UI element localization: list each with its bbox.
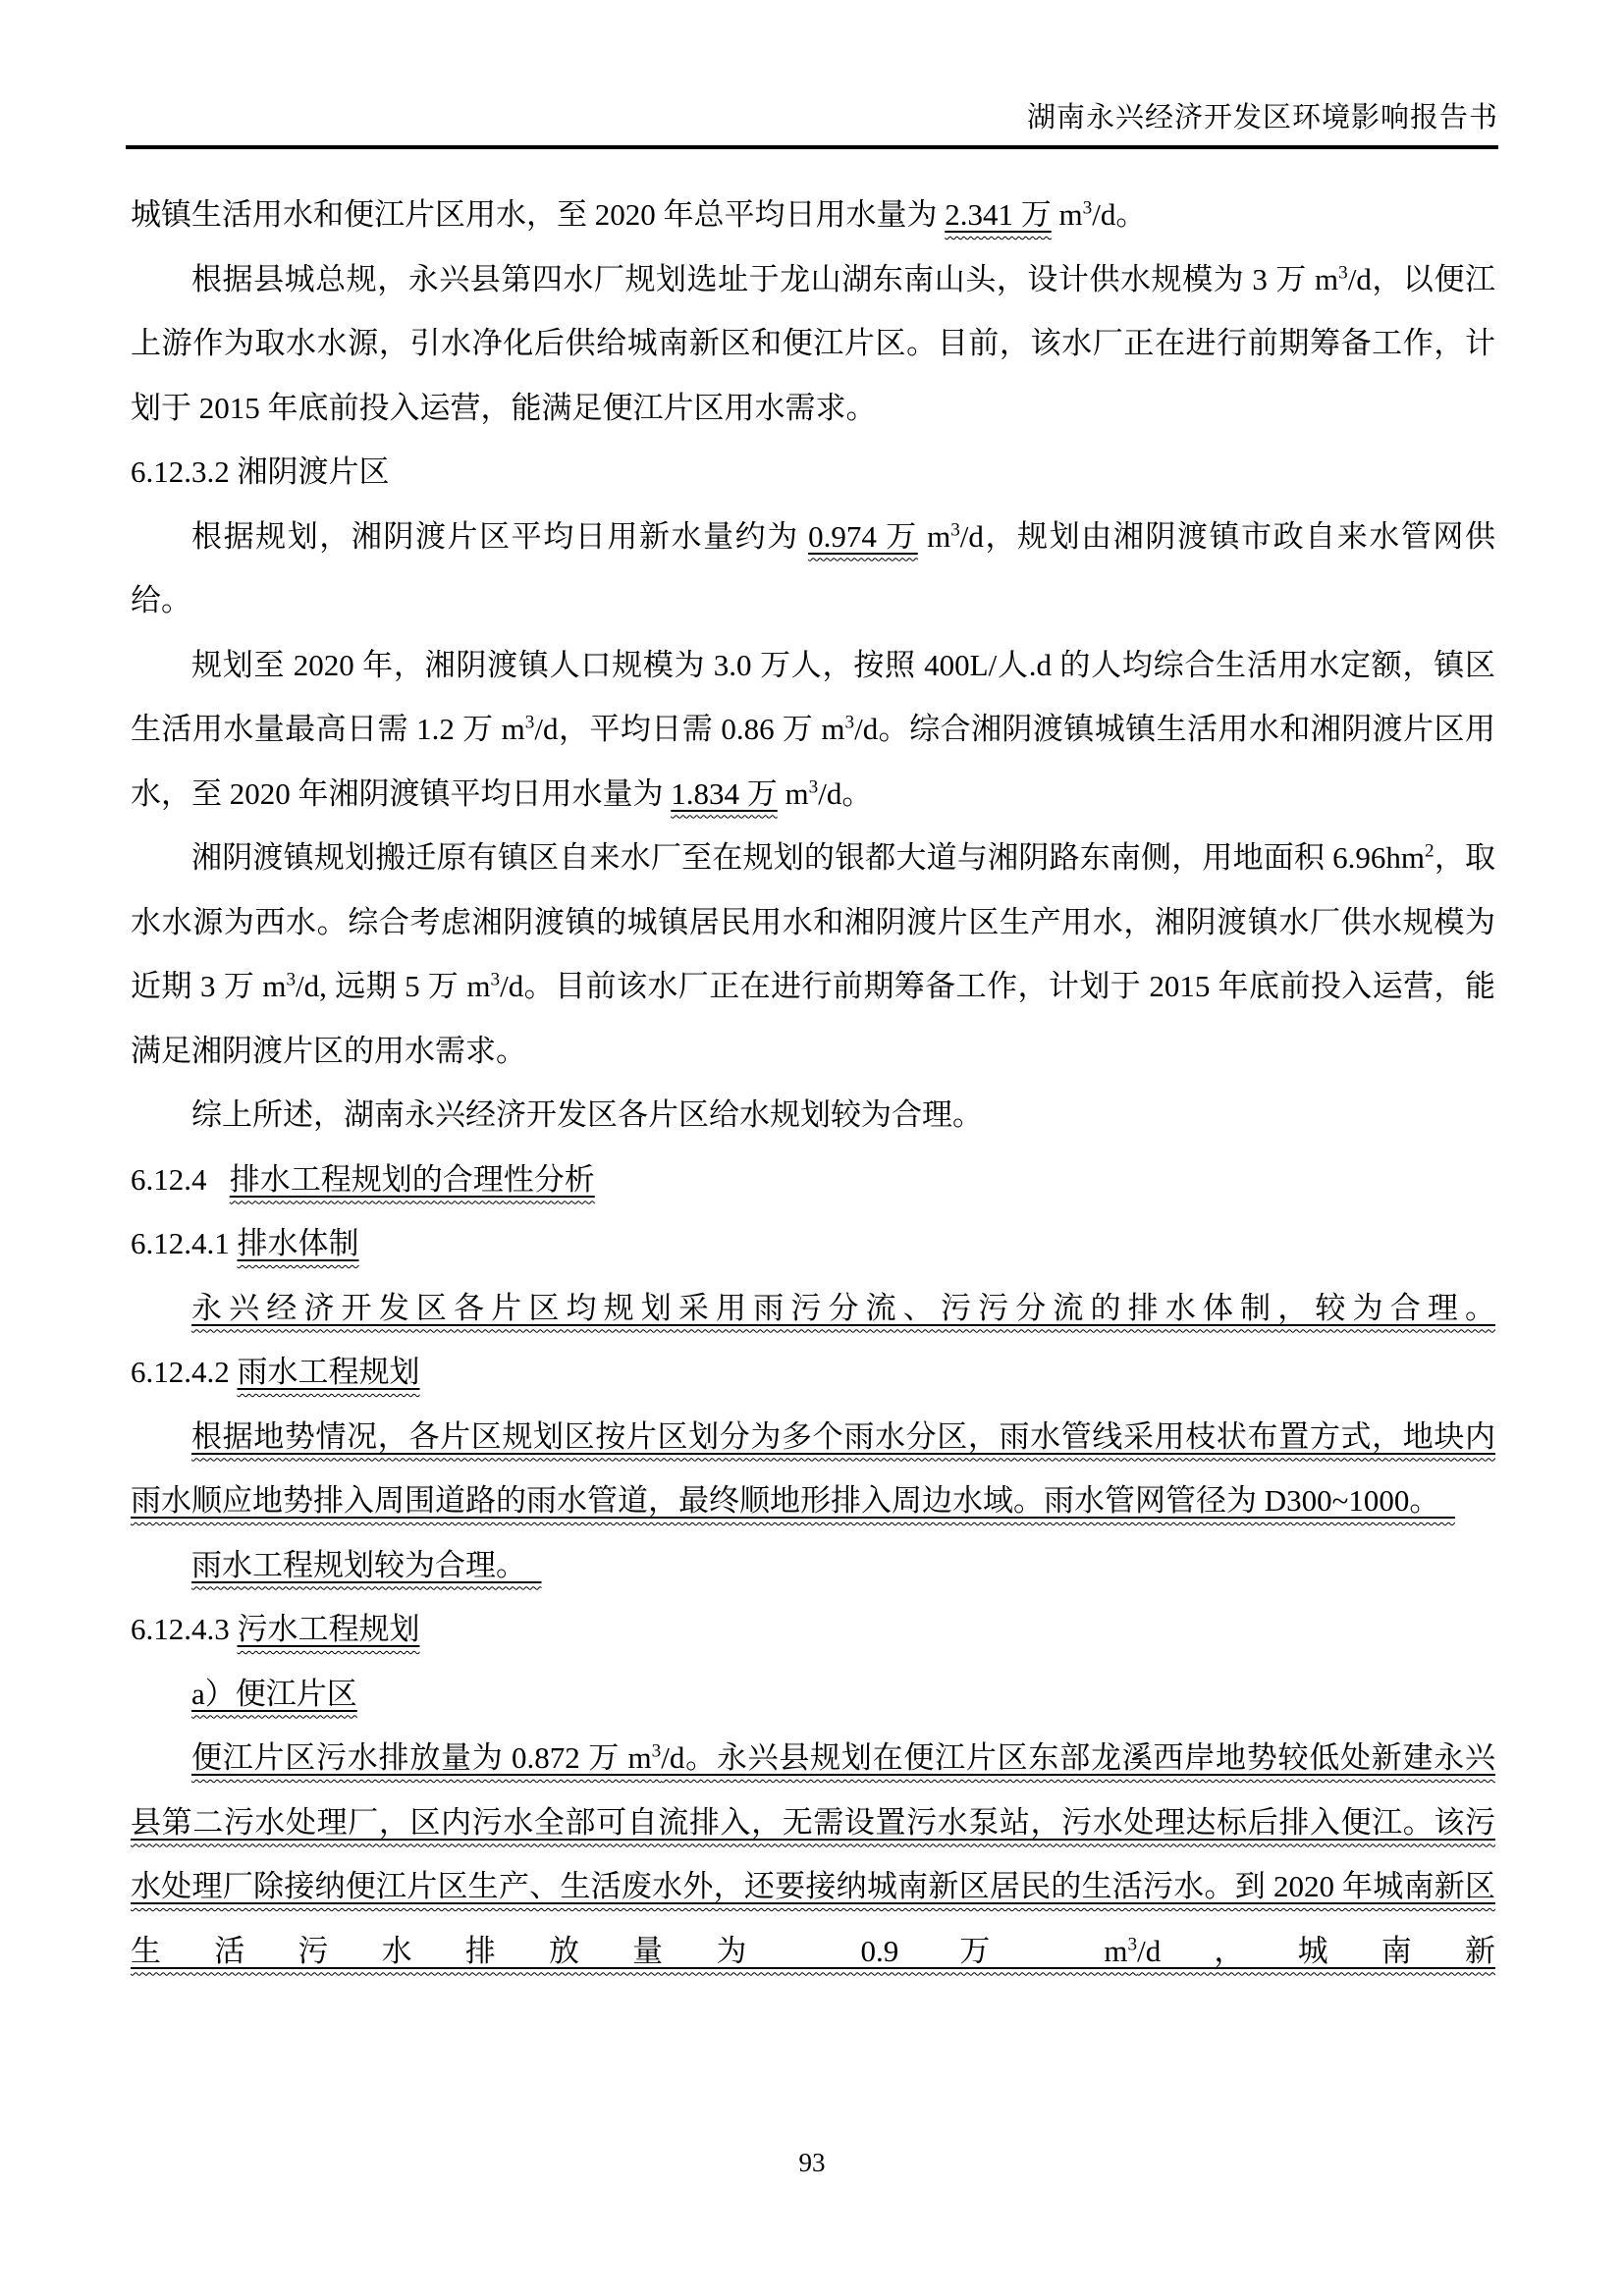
report-page: 湖南永兴经济开发区环境影响报告书 城镇生活用水和便江片区用水，至 2020 年总… <box>0 0 1624 2296</box>
superscript: 3 <box>1083 198 1093 219</box>
superscript: 3 <box>525 713 535 733</box>
superscript: 3 <box>286 970 296 990</box>
paragraph: 雨水工程规划较为合理。 <box>131 1533 1495 1598</box>
superscript: 3 <box>652 1741 662 1762</box>
section-heading: 6.12.4.1 排水体制 <box>131 1211 1495 1276</box>
paragraph: 根据地势情况，各片区规划区按片区划分为多个雨水分区，雨水管线采用枝状布置方式，地… <box>131 1405 1495 1533</box>
underlined-value: 排水工程规划的合理性分析 <box>230 1162 595 1197</box>
paragraph: 综上所述，湖南永兴经济开发区各片区给水规划较为合理。 <box>131 1083 1495 1148</box>
underlined-value: 2.341 万 <box>945 197 1052 232</box>
superscript: 3 <box>845 713 855 733</box>
section-heading: 6.12.4 排水工程规划的合理性分析 <box>131 1148 1495 1212</box>
superscript: 3 <box>1127 1934 1137 1954</box>
underlined-value: 1.834 万 <box>671 776 778 811</box>
paragraph: 便江片区污水排放量为 0.872 万 m3/d。永兴县规划在便江片区东部龙溪西岸… <box>131 1726 1495 1983</box>
superscript: 3 <box>491 970 501 990</box>
header-title: 湖南永兴经济开发区环境影响报告书 <box>126 102 1498 133</box>
section-heading: 6.12.4.2 雨水工程规划 <box>131 1340 1495 1405</box>
underlined-value: 污水工程规划 <box>238 1612 420 1646</box>
section-heading: 6.12.4.3 污水工程规划 <box>131 1597 1495 1662</box>
section-heading: 6.12.3.2 湘阴渡片区 <box>131 440 1495 505</box>
underlined-value: 0.974 万 <box>808 519 918 554</box>
paragraph: 湘阴渡镇规划搬迁原有镇区自来水厂至在规划的银都大道与湘阴路东南侧，用地面积 6.… <box>131 826 1495 1083</box>
paragraph: 永兴经济开发区各片区均规划采用雨污分流、污污分流的排水体制，较为合理。 <box>131 1276 1495 1341</box>
superscript: 3 <box>809 776 819 797</box>
superscript: 2 <box>1425 841 1435 862</box>
superscript: 3 <box>950 519 960 540</box>
page-footer: 93 <box>0 2148 1624 2178</box>
superscript: 3 <box>1338 262 1348 283</box>
paragraph: 规划至 2020 年，湘阴渡镇人口规模为 3.0 万人，按照 400L/人.d … <box>131 633 1495 827</box>
page-header: 湖南永兴经济开发区环境影响报告书 <box>126 0 1498 149</box>
paragraph: 根据县城总规，永兴县第四水厂规划选址于龙山湖东南山头，设计供水规模为 3 万 m… <box>131 247 1495 441</box>
paragraph: a）便江片区 <box>131 1662 1495 1727</box>
underlined-value: 雨水工程规划 <box>238 1355 420 1389</box>
document-body: 城镇生活用水和便江片区用水，至 2020 年总平均日用水量为 2.341 万 m… <box>131 183 1495 1983</box>
paragraph: 城镇生活用水和便江片区用水，至 2020 年总平均日用水量为 2.341 万 m… <box>131 183 1495 247</box>
paragraph: 根据规划，湘阴渡片区平均日用新水量约为 0.974 万 m3/d，规划由湘阴渡镇… <box>131 505 1495 633</box>
page-number: 93 <box>799 2148 826 2177</box>
underlined-value: 排水体制 <box>238 1226 359 1260</box>
